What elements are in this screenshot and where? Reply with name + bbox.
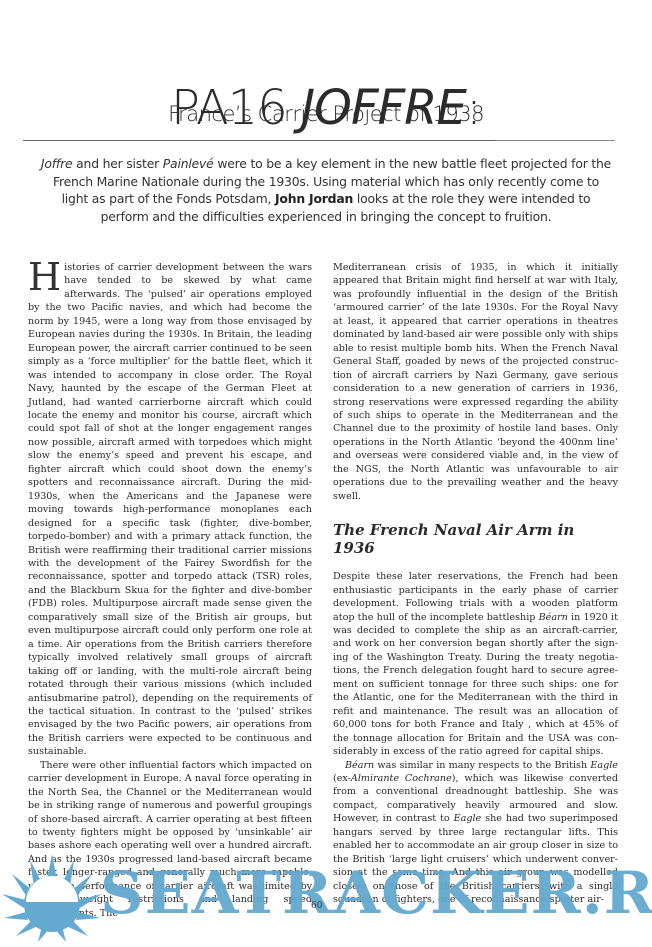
left-column: Histories of carrier development between…: [28, 261, 312, 920]
standfirst-text: and her sister: [72, 156, 162, 171]
ship-name: Béarn: [345, 760, 374, 771]
body-paragraph: Béarn was similar in many respects to th…: [333, 759, 618, 907]
paragraph-text: in 1920 it was decided to complete the s…: [333, 612, 618, 758]
author-name: John Jordan: [275, 191, 353, 206]
ship-name: Almirante Cochrane: [351, 773, 452, 784]
article-subtitle: France’s Carrier Project of 1938: [0, 104, 652, 125]
section-heading: The French Naval Air Arm in 1936: [333, 521, 618, 557]
ship-name: Eagle: [590, 760, 618, 771]
standfirst: Joffre and her sister Painlevé were to b…: [40, 155, 612, 225]
title-divider-fade: [495, 140, 615, 141]
body-paragraph: Histories of carrier development between…: [28, 261, 312, 759]
paragraph-text: istories of carrier development between …: [28, 262, 312, 757]
title-divider: [23, 140, 495, 141]
ship-name: Béarn: [539, 612, 568, 623]
right-column: Mediterranean crisis of 1935, in which i…: [333, 261, 618, 906]
paragraph-text: she had two superimposed hangars served …: [333, 813, 618, 905]
ship-name: Eagle: [454, 813, 482, 824]
drop-cap: H: [28, 261, 61, 291]
standfirst-ship-painleve: Painlevé: [163, 156, 214, 171]
standfirst-ship-joffre: Joffre: [41, 156, 72, 171]
paragraph-text: (ex-: [333, 773, 351, 784]
body-paragraph: There were other influential factors whi…: [28, 759, 312, 920]
body-paragraph: Despite these later reservations, the Fr…: [333, 570, 618, 758]
document-page: PA16 JOFFRE: France’s Carrier Project of…: [0, 0, 652, 947]
page-number: 60: [311, 901, 322, 911]
body-paragraph: Mediterranean crisis of 1935, in which i…: [333, 261, 618, 503]
paragraph-text: was similar in many respects to the Brit…: [374, 760, 590, 771]
